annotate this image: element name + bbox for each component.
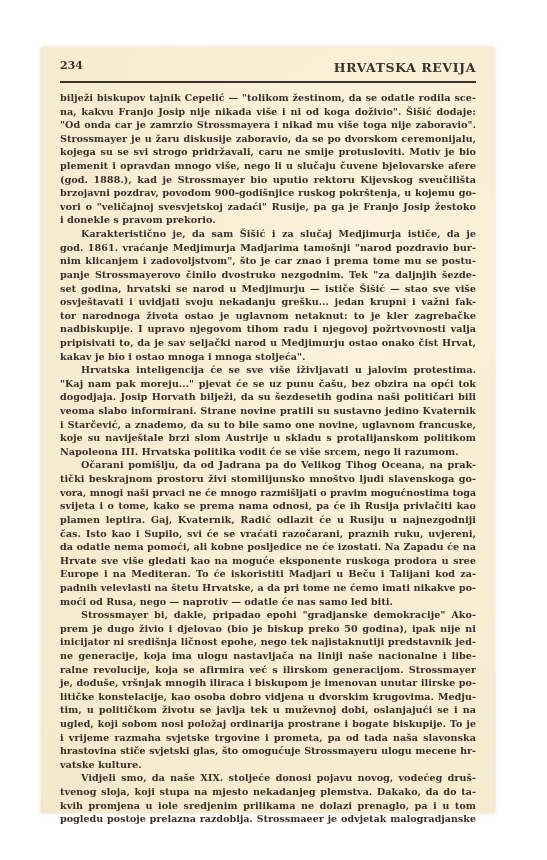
text-line: ralne revolucije, koja se afirmira već s… — [60, 664, 476, 678]
text-line: god. 1861. vraćanje Medjimurja Madjarima… — [60, 242, 476, 256]
text-line: je, doduše, vršnjak mnogih iliraca i bis… — [60, 677, 476, 691]
text-line: tim, u političkom životu se javlja tek u… — [60, 704, 476, 718]
text-line: plamen leptira. Gaj, Kvaternik, Radić od… — [60, 514, 476, 528]
text-line: tički beskrajnom prostoru živi stomiliju… — [60, 473, 476, 487]
text-line: bilježi biskupov tajnik Cepelić — "tolik… — [60, 92, 476, 106]
text-line: hrastovina stiče svjetski glas, što omog… — [60, 745, 476, 759]
text-line: Europe i na Mediteran. To će iskoristiti… — [60, 568, 476, 582]
text-line: nadbiskupije. I upravo njegovom tihom ra… — [60, 323, 476, 337]
text-line: litičke konstelacije, kao osoba dobro vi… — [60, 691, 476, 705]
text-line: vora, mnogi naši prvaci ne će mnogo razm… — [60, 487, 476, 501]
text-line: prem je dugo živio i djelovao (bio je bi… — [60, 623, 476, 637]
text-line: osvještavati i uvidjati svoju nekadanju … — [60, 296, 476, 310]
text-line: Strossmayer je u žaru diskusije zaboravi… — [60, 133, 476, 147]
text-line: vori o "veličajnoj svesvjetskoj zadaći" … — [60, 201, 476, 215]
text-line: da odatle nema pomoći, ali kobne posljed… — [60, 541, 476, 555]
text-line: nim klicanjem i zadovoljstvom", što je c… — [60, 255, 476, 269]
text-line: Karakteristično je, da sam Šišić i za sl… — [60, 228, 476, 242]
text-line: padnih velevlasti na štetu Hrvatske, a d… — [60, 582, 476, 596]
text-line: ugled, koji sobom nosi položaj ordinarij… — [60, 718, 476, 732]
text-line: ne generacije, koja ima ulogu nastavljač… — [60, 650, 476, 664]
text-line: koje su naviještale brzi slom Austrije u… — [60, 432, 476, 446]
text-line: Strossmayer bi, dakle, pripadao epohi "g… — [60, 609, 476, 623]
text-line: veoma slabo informirani. Strane novine p… — [60, 405, 476, 419]
text-line: Vidjeli smo, da naše XIX. stoljeće donos… — [60, 772, 476, 786]
text-line: kvih promjena u iole sredjenim prilikama… — [60, 800, 476, 814]
text-line: Očarani pomišlju, da od Jadrana pa do Ve… — [60, 459, 476, 473]
text-line: pogledu postoje prelazna razdoblja. Stro… — [60, 813, 476, 827]
journal-title: HRVATSKA REVIJA — [334, 60, 476, 75]
text-line: moći od Rusa, nego — naprotiv — odatle ć… — [60, 596, 476, 610]
text-line: tvenog sloja, koji stupa na mjesto nekad… — [60, 786, 476, 800]
scanned-page: 234 HRVATSKA REVIJA bilježi biskupov taj… — [41, 47, 495, 813]
text-line: i donekle s pravom prekorio. — [60, 214, 476, 228]
text-line: Napoleona III. Hrvatska politika vodit ć… — [60, 446, 476, 460]
header-rule — [60, 81, 476, 83]
text-line: (god. 1888.), kad je Strossmayer bio upu… — [60, 174, 476, 188]
text-line: inicijator ni središnja ličnost epohe, n… — [60, 636, 476, 650]
text-line: pripisivati to, da je sav seljački narod… — [60, 337, 476, 351]
text-line: svijeta i o tome, kako se prema nama odn… — [60, 500, 476, 514]
text-line: plemenit i opravdan mnogo više, nego li … — [60, 160, 476, 174]
text-line: dogodjaja. Josip Horvath bilježi, da su … — [60, 391, 476, 405]
text-line: panje Strossmayerovo činilo dvostruko ne… — [60, 269, 476, 283]
text-line: "Od onda car je zamrzio Strossmayera i n… — [60, 119, 476, 133]
text-line: "Kaj nam pak moreju..." pjevat će se uz … — [60, 378, 476, 392]
text-line: tor narodnoga života ostao je uglavnom n… — [60, 310, 476, 324]
text-line: i Starčević, a znademo, da su to bile sa… — [60, 419, 476, 433]
text-line: vatske kulture. — [60, 759, 476, 773]
text-line: kakav je bio i ostao mnoga i mnoga stolj… — [60, 351, 476, 365]
text-line: kojega su se svi strogo pridržavali, car… — [60, 146, 476, 160]
running-header: 234 HRVATSKA REVIJA — [60, 59, 476, 75]
page-number: 234 — [60, 59, 83, 72]
text-line: Hrvatska inteligencija će se sve više iž… — [60, 364, 476, 378]
text-line: brzojavni pozdrav, povodom 900-godišnjic… — [60, 187, 476, 201]
body-text: bilježi biskupov tajnik Cepelić — "tolik… — [60, 92, 476, 827]
text-line: Hrvate sve više gledati kao na moguće ek… — [60, 555, 476, 569]
text-line: i vrijeme razmaha svjetske trgovine i pr… — [60, 732, 476, 746]
text-line: set godina, hrvatski se narod u Medjimur… — [60, 283, 476, 297]
text-line: na, kakvu Franjo Josip nije nikada više … — [60, 106, 476, 120]
text-line: čas. Isto kao i Supilo, svi će se vraćat… — [60, 528, 476, 542]
